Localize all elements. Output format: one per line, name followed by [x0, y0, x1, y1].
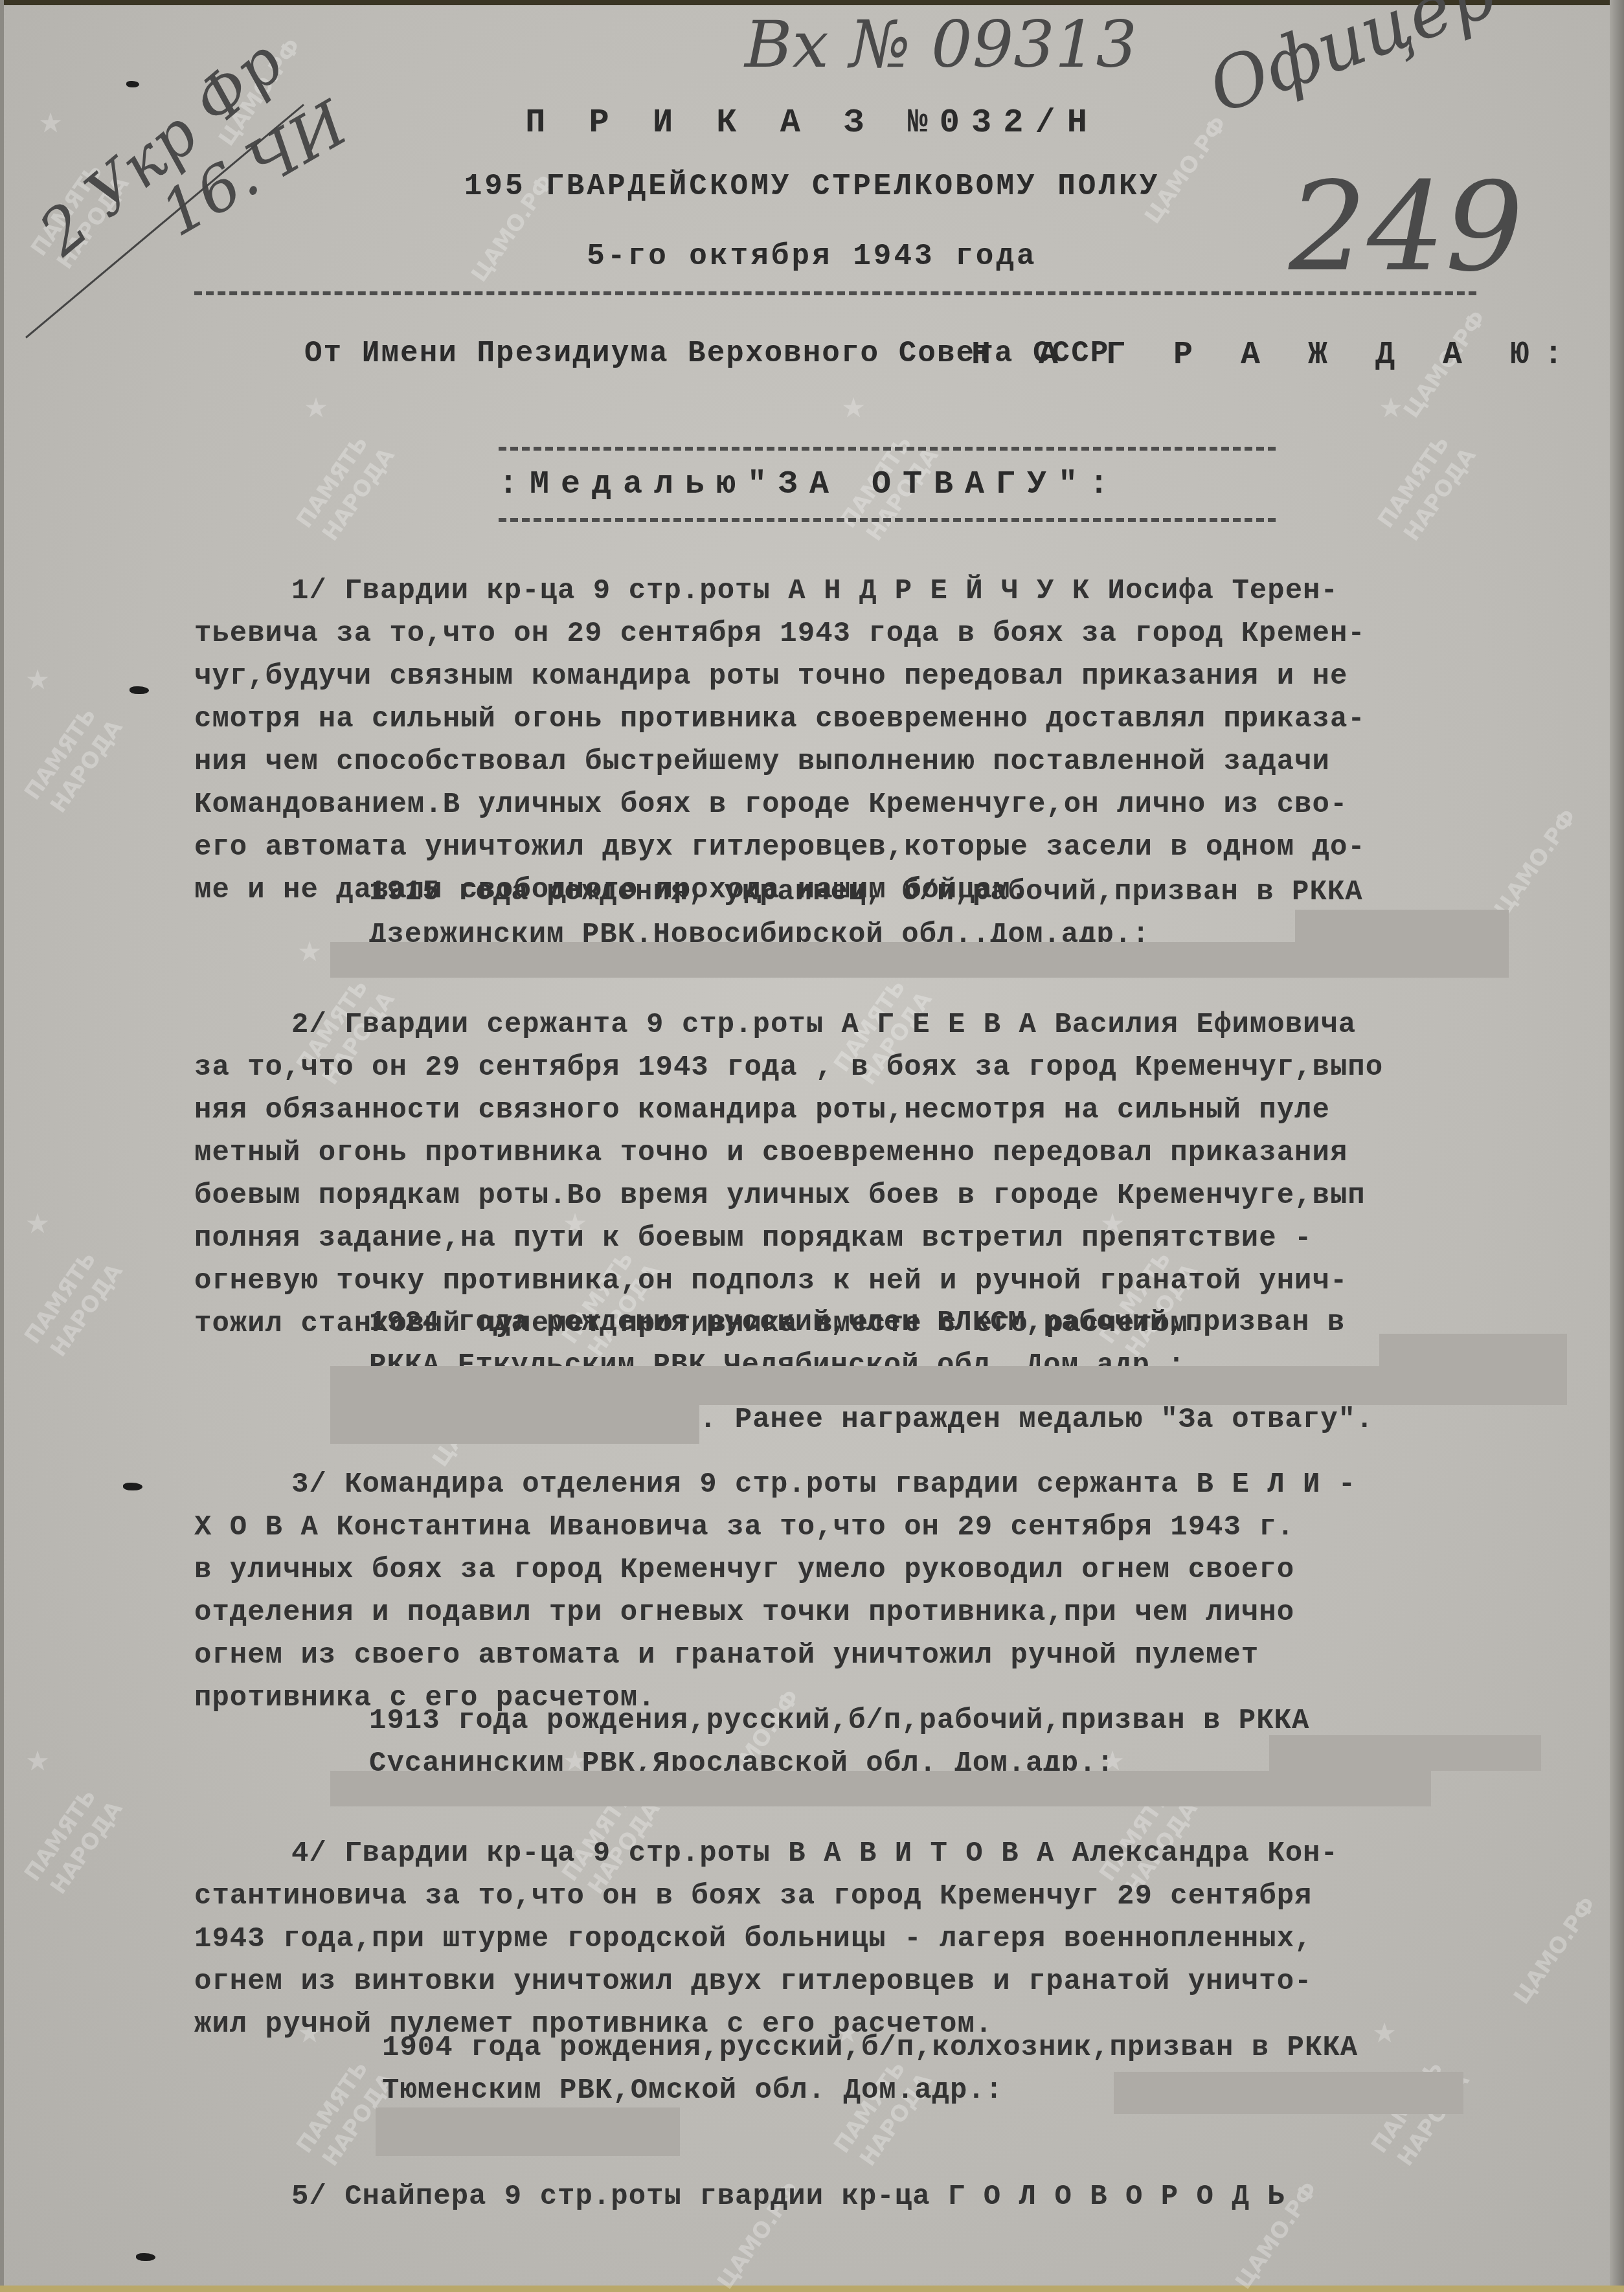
- entry-line: 2/ Гвардии сержанта 9 стр.роты А Г Е Е В…: [194, 1004, 1541, 1046]
- order-title: П Р И К А З №032/Н: [0, 104, 1624, 142]
- award-entry-4: 4/ Гвардии кр-ца 9 стр.роты В А В И Т О …: [194, 1832, 1541, 2046]
- entry-line: Х О В А Константина Ивановича за то,что …: [194, 1506, 1541, 1549]
- entry-line: стантиновича за то,что он в боях за горо…: [194, 1875, 1541, 1918]
- award-title: :Медалью"ЗА ОТВАГУ":: [499, 466, 1120, 503]
- header-divider: [194, 291, 1476, 295]
- entry-line: его автомата уничтожил двух гитлеровцев,…: [194, 826, 1541, 869]
- watermark-star-icon: ★: [298, 926, 321, 974]
- watermark-project: НАРОДА: [45, 1259, 128, 1362]
- entry-line: полняя задание,на пути к боевым порядкам…: [194, 1217, 1541, 1260]
- redacted-address: [1269, 1735, 1541, 1771]
- watermark-project: ПАМЯТЬ: [1373, 431, 1455, 533]
- entry-line: огнем из винтовки уничтожил двух гитлеро…: [194, 1961, 1541, 2003]
- entry-line: боевым порядкам роты.Во время уличных бо…: [194, 1174, 1541, 1217]
- handwritten-incoming-number: Вх № 09313: [745, 6, 1137, 82]
- bio-line: 1913 года рождения,русский,б/п,рабочий,п…: [369, 1700, 1309, 1742]
- watermark-star-icon: ★: [304, 382, 328, 430]
- entry-line: отделения и подавил три огневых точки пр…: [194, 1591, 1541, 1634]
- document-page: ЦАМО.РФ ЦАМО.РФ ЦАМО.РФ ЦАМО.РФ ЦАМО.РФ …: [0, 0, 1624, 2292]
- entry-line: в уличных боях за город Кременчуг умело …: [194, 1549, 1541, 1591]
- entry-line: Командованием.В уличных боях в городе Кр…: [194, 783, 1541, 826]
- redacted-address: [330, 1771, 1431, 1806]
- entry-line: 1943 года,при штурме городской больницы …: [194, 1918, 1541, 1961]
- scan-edge-bottom: [0, 2286, 1624, 2292]
- paper-hole: [126, 81, 139, 87]
- scan-edge-right: [1610, 0, 1624, 2292]
- redacted-address: [330, 1405, 699, 1444]
- entry-line: 1/ Гвардии кр-ца 9 стр.роты А Н Д Р Е Й …: [194, 570, 1541, 612]
- entry-line: смотря на сильный огонь противника своев…: [194, 698, 1541, 741]
- redacted-address: [1295, 910, 1509, 942]
- watermark-project: ПАМЯТЬ: [291, 2056, 374, 2158]
- entry-line: няя обязанности связного командира роты,…: [194, 1089, 1541, 1132]
- watermark-star-icon: ★: [26, 1735, 49, 1783]
- entry-line: ния чем способствовал быстрейшему выполн…: [194, 741, 1541, 783]
- watermark-star-icon: ★: [26, 654, 49, 702]
- watermark-project: НАРОДА: [1399, 444, 1482, 546]
- entry-line: 3/ Командира отделения 9 стр.роты гварди…: [194, 1463, 1541, 1506]
- entry-line: огневую точку противника,он подполз к не…: [194, 1260, 1541, 1303]
- watermark-project: НАРОДА: [45, 1797, 128, 1899]
- watermark-project: ПАМЯТЬ: [291, 431, 374, 533]
- entry-line: чуг,будучи связным командира роты точно …: [194, 655, 1541, 698]
- watermark-project: ПАМЯТЬ: [19, 703, 102, 805]
- order-date: 5-го октября 1943 года: [0, 240, 1624, 273]
- award-divider-bottom: [499, 518, 1276, 522]
- order-unit: 195 ГВАРДЕЙСКОМУ СТРЕЛКОВОМУ ПОЛКУ: [0, 170, 1624, 203]
- watermark-project: НАРОДА: [317, 444, 400, 546]
- watermark-project: ПАМЯТЬ: [19, 1784, 102, 1886]
- award-entry-3: 3/ Командира отделения 9 стр.роты гварди…: [194, 1463, 1541, 1720]
- bio-line: 1924 года рождения,русский,член ВЛКСМ,ра…: [369, 1301, 1345, 1344]
- redacted-address: [1379, 1334, 1567, 1366]
- bio-line: 1904 года рождения,русский,б/п,колхозник…: [382, 2027, 1358, 2069]
- entry-line: тьевича за то,что он 29 сентября 1943 го…: [194, 612, 1541, 655]
- entry-2-prior-award: . Ранее награжден медалью "За отвагу".: [699, 1399, 1373, 1441]
- watermark-star-icon: ★: [26, 1198, 49, 1246]
- award-entry-2: 2/ Гвардии сержанта 9 стр.роты А Г Е Е В…: [194, 1004, 1541, 1345]
- entry-line: за то,что он 29 сентября 1943 года , в б…: [194, 1046, 1541, 1089]
- entry-line: метный огонь противника точно и своеврем…: [194, 1132, 1541, 1174]
- scan-edge-left: [0, 0, 4, 2292]
- award-entry-5: 5/ Снайпера 9 стр.роты гвардии кр-ца Г О…: [194, 2175, 1541, 2218]
- watermark-star-icon: ★: [1379, 382, 1403, 430]
- watermark-project: ПАМЯТЬ: [19, 1247, 102, 1349]
- watermark-star-icon: ★: [842, 382, 865, 430]
- redacted-address: [1114, 2072, 1463, 2114]
- redacted-address: [376, 2107, 680, 2156]
- award-divider-top: [499, 447, 1276, 451]
- paper-hole: [136, 2253, 155, 2261]
- watermark-project: НАРОДА: [45, 715, 128, 818]
- prior-award-note: . Ранее награжден медалью "За отвагу".: [699, 1399, 1373, 1441]
- entry-line: 4/ Гвардии кр-ца 9 стр.роты В А В И Т О …: [194, 1832, 1541, 1875]
- entry-line: огнем из своего автомата и гранатой унич…: [194, 1634, 1541, 1677]
- entry-line: 5/ Снайпера 9 стр.роты гвардии кр-ца Г О…: [194, 2175, 1541, 2218]
- preamble-verb: Н А Г Р А Ж Д А Ю:: [971, 337, 1577, 374]
- award-entry-1: 1/ Гвардии кр-ца 9 стр.роты А Н Д Р Е Й …: [194, 570, 1541, 912]
- redacted-address: [330, 942, 1509, 978]
- paper-hole: [130, 686, 149, 694]
- paper-hole: [123, 1483, 142, 1490]
- bio-line: 1915 года рождения, украинец, б/п,рабочи…: [369, 871, 1363, 914]
